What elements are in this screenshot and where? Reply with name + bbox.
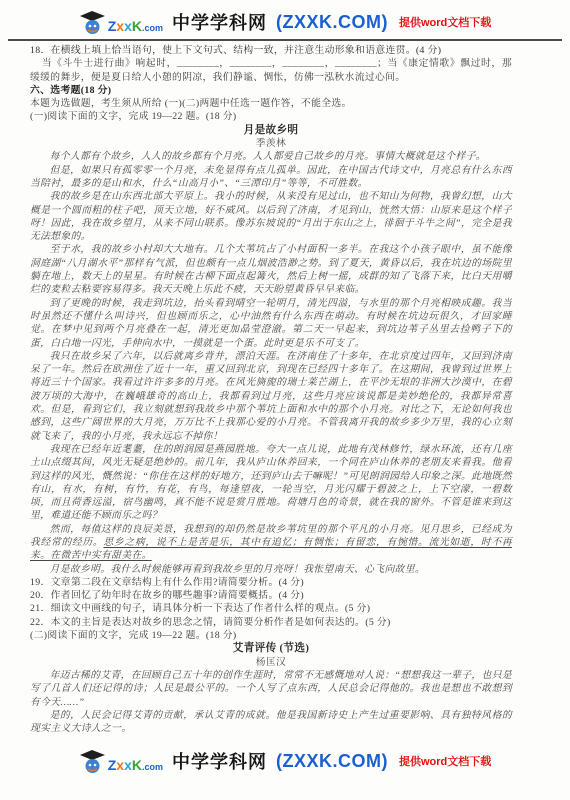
logo-letter: x [116, 757, 124, 773]
site-name: 中学学科网 [172, 9, 267, 35]
essay-1-title: 月是故乡明 [30, 124, 512, 137]
underlined-sentence: 思乡之病，说不上是苦是乐，其中有追忆；有惆怅；有留恋，有惋惜。流光如逝，时不再来… [30, 537, 512, 561]
logo-suffix: .com [142, 23, 163, 33]
question-text: 文章第二段在文章结构上有什么作用?请简要分析。(4 分) [51, 577, 304, 588]
question-number: 22． [30, 617, 51, 628]
logo-suffix: .com [142, 762, 163, 772]
essay-paragraph: 我的故乡是在山东西北部大平原上。我小的时候，从来没有见过山，也不知山为何物，我曾… [30, 190, 512, 243]
question-text: 作者回忆了幼年时在故乡的哪些趣事?请简要概括。(4 分) [51, 590, 304, 601]
logo-letter: K [132, 18, 142, 34]
download-tagline: 提供word文档下载 [399, 14, 491, 30]
essay-paragraph: 到了更晚的时候，我走到坑边，抬头看到晴空一轮明月，清光四溢，与水里的那个月亮相映… [30, 297, 512, 350]
essay-2-title: 艾青评传 (节选) [30, 642, 512, 655]
essay-paragraph: 但是，如果只有孤零零一个月亮，未免显得有点儿孤单。因此，在中国古代诗文中，月亮总… [30, 164, 512, 191]
section-6-note: 本题为选做题，考生须从所给 (一)(二)两题中任选一题作答，不能全选。 [30, 97, 512, 110]
logo-letter: x [124, 757, 132, 773]
essay-paragraph: 每个人都有个故乡，人人的故乡都有个月亮。人人都爱自己故乡的月亮。事情大概就是这个… [30, 150, 512, 163]
essay-paragraph-with-underline: 然而，每值这样的良辰美景，我想到的却仍然是故乡苇坑里的那个平凡的小月亮。见月思乡… [30, 523, 512, 563]
site-domain: (ZXXK.COM) [276, 12, 388, 33]
question-19: 19．文章第二段在文章结构上有什么作用?请简要分析。(4 分) [30, 576, 512, 589]
essay-paragraph: 我现在已经年近耄耋，住的朗润园是燕园胜地。夸大一点儿说，此地有茂林修竹，绿水环流… [30, 443, 512, 523]
part-2-intro: (二)阅读下面的文字，完成 19—22 题。(18 分) [30, 629, 512, 642]
site-name: 中学学科网 [172, 748, 267, 774]
zxxk-mascot-icon [79, 10, 107, 35]
download-tagline: 提供word文档下载 [399, 753, 491, 769]
part-1-intro: (一)阅读下面的文字，完成 19—22 题。(18 分) [30, 110, 512, 123]
essay-1-author: 季羡林 [30, 137, 512, 150]
exam-page-content: 18．在横线上填上恰当语句，使上下文句式、结构一致，并注意生动形象和语意连贯。(… [0, 41, 570, 735]
logo-letter: x [116, 18, 124, 34]
header-banner: ZxxK.com 中学学科网 (ZXXK.COM) 提供word文档下载 [0, 0, 570, 38]
logo-letter: Z [108, 18, 117, 34]
footer-banner: ZxxK.com 中学学科网 (ZXXK.COM) 提供word文档下载 [0, 740, 570, 800]
zxxk-logo: ZxxK.com [79, 10, 163, 35]
zxxk-mascot-icon [79, 749, 107, 774]
essay-paragraph: 月是故乡明。我什么时候能够再看到我故乡里的月亮呀！我怅望南天、心飞向故里。 [30, 563, 512, 576]
question-number: 21． [30, 603, 51, 614]
question-18-fill-blank-paragraph: 当《斗牛士进行曲》响起时，________，________，________，… [30, 57, 512, 84]
logo-wordmark: ZxxK.com [108, 758, 163, 774]
logo-letter: Z [108, 757, 117, 773]
question-text: 本文的主旨是表达对故乡的思念之情，请简要分析作者是如何表达的。(5 分) [51, 617, 391, 628]
logo-wordmark: ZxxK.com [108, 19, 163, 35]
essay-paragraph: 是的，人民会记得艾青的贡献，承认艾青的成就。他是我国新诗史上产生过重要影响、具有… [30, 709, 512, 736]
question-21: 21．细读文中画线的句子，请具体分析一下表达了作者什么样的观点。(5 分) [30, 602, 512, 615]
question-20: 20．作者回忆了幼年时在故乡的哪些趣事?请简要概括。(4 分) [30, 589, 512, 602]
question-text: 细读文中画线的句子，请具体分析一下表达了作者什么样的观点。(5 分) [51, 603, 371, 614]
essay-2-author: 杨匡汉 [30, 656, 512, 669]
question-number: 20． [30, 590, 51, 601]
essay-paragraph: 我只在故乡呆了六年，以后就离乡背井，漂泊天涯。在济南住了十多年，在北京度过四年，… [30, 350, 512, 443]
essay-paragraph: 年迈古稀的艾青，在回顾自己五十年的创作生涯时，常常不无感慨地对人说：“想想我这一… [30, 669, 512, 709]
zxxk-logo: ZxxK.com [79, 749, 163, 774]
question-18-heading: 18．在横线上填上恰当语句，使上下文句式、结构一致，并注意生动形象和语意连贯。(… [30, 44, 512, 57]
site-domain: (ZXXK.COM) [276, 751, 388, 772]
logo-letter: K [132, 757, 142, 773]
logo-letter: x [124, 18, 132, 34]
section-6-heading: 六、选考题(18 分) [30, 84, 512, 97]
question-22: 22．本文的主旨是表达对故乡的思念之情，请简要分析作者是如何表达的。(5 分) [30, 616, 512, 629]
question-number: 19． [30, 577, 51, 588]
essay-paragraph: 至于水，我的故乡小村却大大地有。几个大苇坑占了小村面积一多半。在我这个小孩子眼中… [30, 243, 512, 296]
